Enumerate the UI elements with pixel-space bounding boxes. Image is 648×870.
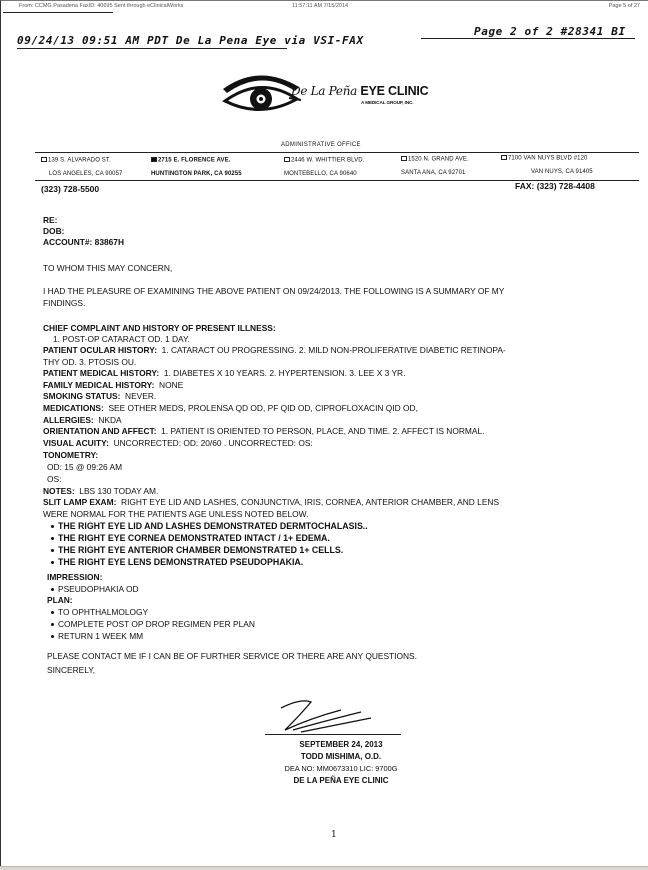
- chief-complaint-value: 1. POST-OP CATARACT OD. 1 DAY.: [53, 334, 190, 344]
- fax-header-sender: 09/24/13 09:51 AM PDT De La Pena Eye via…: [17, 34, 364, 47]
- bullet-icon: [51, 549, 54, 552]
- signature-date: SEPTEMBER 24, 2013: [241, 740, 441, 749]
- medical-history: PATIENT MEDICAL HISTORY: 1. DIABETES X 1…: [43, 368, 405, 378]
- checkbox-icon: [401, 156, 407, 161]
- page-number: 1: [331, 830, 337, 840]
- office-5-city: VAN NUYS, CA 91405: [531, 169, 593, 175]
- salutation: TO WHOM THIS MAY CONCERN,: [43, 263, 172, 273]
- dob-label: DOB:: [43, 226, 64, 236]
- clinic-phone: (323) 728-5500: [41, 184, 99, 194]
- signature-name: TODD MISHIMA, O.D.: [241, 752, 441, 761]
- office-5-street: 7100 VAN NUYS BLVD #120: [501, 155, 587, 162]
- tonometry-os: OS:: [47, 474, 61, 484]
- office-1-city: LOS ANGELES, CA 90057: [49, 171, 122, 177]
- fax-top-rule: [3, 12, 113, 13]
- logo-main: EYE CLINIC: [360, 84, 428, 98]
- clinic-logo-text: De La Peña EYE CLINIC: [291, 84, 429, 98]
- ocular-history: PATIENT OCULAR HISTORY: 1. CATARACT OU P…: [43, 345, 506, 355]
- bullet-icon: [51, 635, 54, 638]
- notes: NOTES: LBS 130 TODAY AM.: [43, 486, 158, 496]
- intro-line-1: I HAD THE PLEASURE OF EXAMINING THE ABOV…: [43, 286, 504, 296]
- fax-from-line: From: CCMG Pasadena FaxID: 40695 Sent th…: [19, 3, 183, 9]
- slit-lamp-exam-cont: WERE NORMAL FOR THE PATIENTS AGE UNLESS …: [43, 509, 308, 519]
- office-4-street: 1520 N. GRAND AVE.: [401, 156, 469, 163]
- orientation-affect: ORIENTATION AND AFFECT: 1. PATIENT IS OR…: [43, 426, 484, 436]
- account-value: 83867H: [95, 237, 124, 247]
- closing-line: PLEASE CONTACT ME IF I CAN BE OF FURTHER…: [47, 651, 417, 661]
- slit-lamp-finding: THE RIGHT EYE LID AND LASHES DEMONSTRATE…: [51, 521, 368, 531]
- impression-item: PSEUDOPHAKIA OD: [51, 584, 139, 594]
- signature-clinic: DE LA PEÑA EYE CLINIC: [241, 776, 441, 785]
- office-3-city: MONTEBELLO, CA 90640: [284, 171, 357, 177]
- checkbox-icon: [501, 155, 507, 160]
- allergies: ALLERGIES: NKDA: [43, 415, 122, 425]
- fax-header-rule-left: [17, 48, 287, 49]
- checkbox-checked-icon: [151, 157, 157, 162]
- impression-label: IMPRESSION:: [47, 572, 102, 582]
- re-label: RE:: [43, 215, 57, 225]
- smoking-status: SMOKING STATUS: NEVER.: [43, 391, 156, 401]
- logo-subtitle: A MEDICAL GROUP, INC.: [361, 100, 413, 105]
- slit-lamp-exam: SLIT LAMP EXAM: RIGHT EYE LID AND LASHES…: [43, 497, 499, 507]
- office-1-street: 139 S. ALVARADO ST.: [41, 157, 111, 164]
- bullet-icon: [51, 623, 54, 626]
- bullet-icon: [51, 537, 54, 540]
- slit-lamp-finding: THE RIGHT EYE CORNEA DEMONSTRATED INTACT…: [51, 533, 330, 543]
- fax-page: From: CCMG Pasadena FaxID: 40695 Sent th…: [0, 0, 648, 866]
- fax-header-page: Page 2 of 2 #28341 BI: [474, 25, 626, 38]
- intro-line-2: FINDINGS.: [43, 298, 85, 308]
- viewer-bottom-edge: [0, 866, 648, 870]
- family-history: FAMILY MEDICAL HISTORY: NONE: [43, 380, 183, 390]
- chief-complaint-label: CHIEF COMPLAINT AND HISTORY OF PRESENT I…: [43, 323, 276, 333]
- tonometry-od: OD: 15 @ 09:26 AM: [47, 462, 122, 472]
- signature-scribble-icon: [271, 696, 391, 736]
- clinic-fax: FAX: (323) 728-4408: [515, 181, 595, 191]
- tonometry-label: TONOMETRY:: [43, 450, 98, 460]
- logo-script: De La Peña: [291, 84, 357, 98]
- sign-off: SINCERELY,: [47, 665, 95, 675]
- bullet-icon: [51, 588, 54, 591]
- medications: MEDICATIONS: SEE OTHER MEDS, PROLENSA QD…: [43, 403, 418, 413]
- office-3-street: 2446 W. WHITTIER BLVD.: [284, 157, 364, 164]
- checkbox-icon: [284, 157, 290, 162]
- fax-timestamp: 11:57:11 AM 7/15/2014: [292, 3, 348, 9]
- fax-page-counter: Page 5 of 27: [609, 3, 640, 9]
- office-4-city: SANTA ANA, CA 92701: [401, 170, 466, 176]
- bullet-icon: [51, 525, 54, 528]
- ocular-history-cont: THY OD. 3. PTOSIS OU.: [43, 357, 136, 367]
- office-2-city: HUNTINGTON PARK, CA 90255: [151, 171, 242, 177]
- bullet-icon: [51, 611, 54, 614]
- fax-header-rule-right: [421, 38, 635, 39]
- visual-acuity: VISUAL ACUITY: UNCORRECTED: OD: 20/60 . …: [43, 438, 313, 448]
- admin-office-label: ADMINISTRATIVE OFFICE: [281, 142, 361, 148]
- address-rule-top: [35, 152, 639, 153]
- plan-item: TO OPHTHALMOLOGY: [51, 607, 148, 617]
- checkbox-icon: [41, 157, 47, 162]
- plan-label: PLAN:: [47, 595, 73, 605]
- office-2-street: 2715 E. FLORENCE AVE.: [151, 157, 230, 164]
- slit-lamp-finding: THE RIGHT EYE ANTERIOR CHAMBER DEMONSTRA…: [51, 545, 343, 555]
- signature-line: [265, 734, 401, 735]
- slit-lamp-finding: THE RIGHT EYE LENS DEMONSTRATED PSEUDOPH…: [51, 557, 303, 567]
- account-label: ACCOUNT#:: [43, 237, 92, 247]
- bullet-icon: [51, 561, 54, 564]
- plan-item: COMPLETE POST OP DROP REGIMEN PER PLAN: [51, 619, 255, 629]
- signature-dea: DEA NO: MM0673310 LIC: 9700G: [241, 764, 441, 773]
- account-line: ACCOUNT#: 83867H: [43, 237, 124, 247]
- plan-item: RETURN 1 WEEK MM: [51, 631, 143, 641]
